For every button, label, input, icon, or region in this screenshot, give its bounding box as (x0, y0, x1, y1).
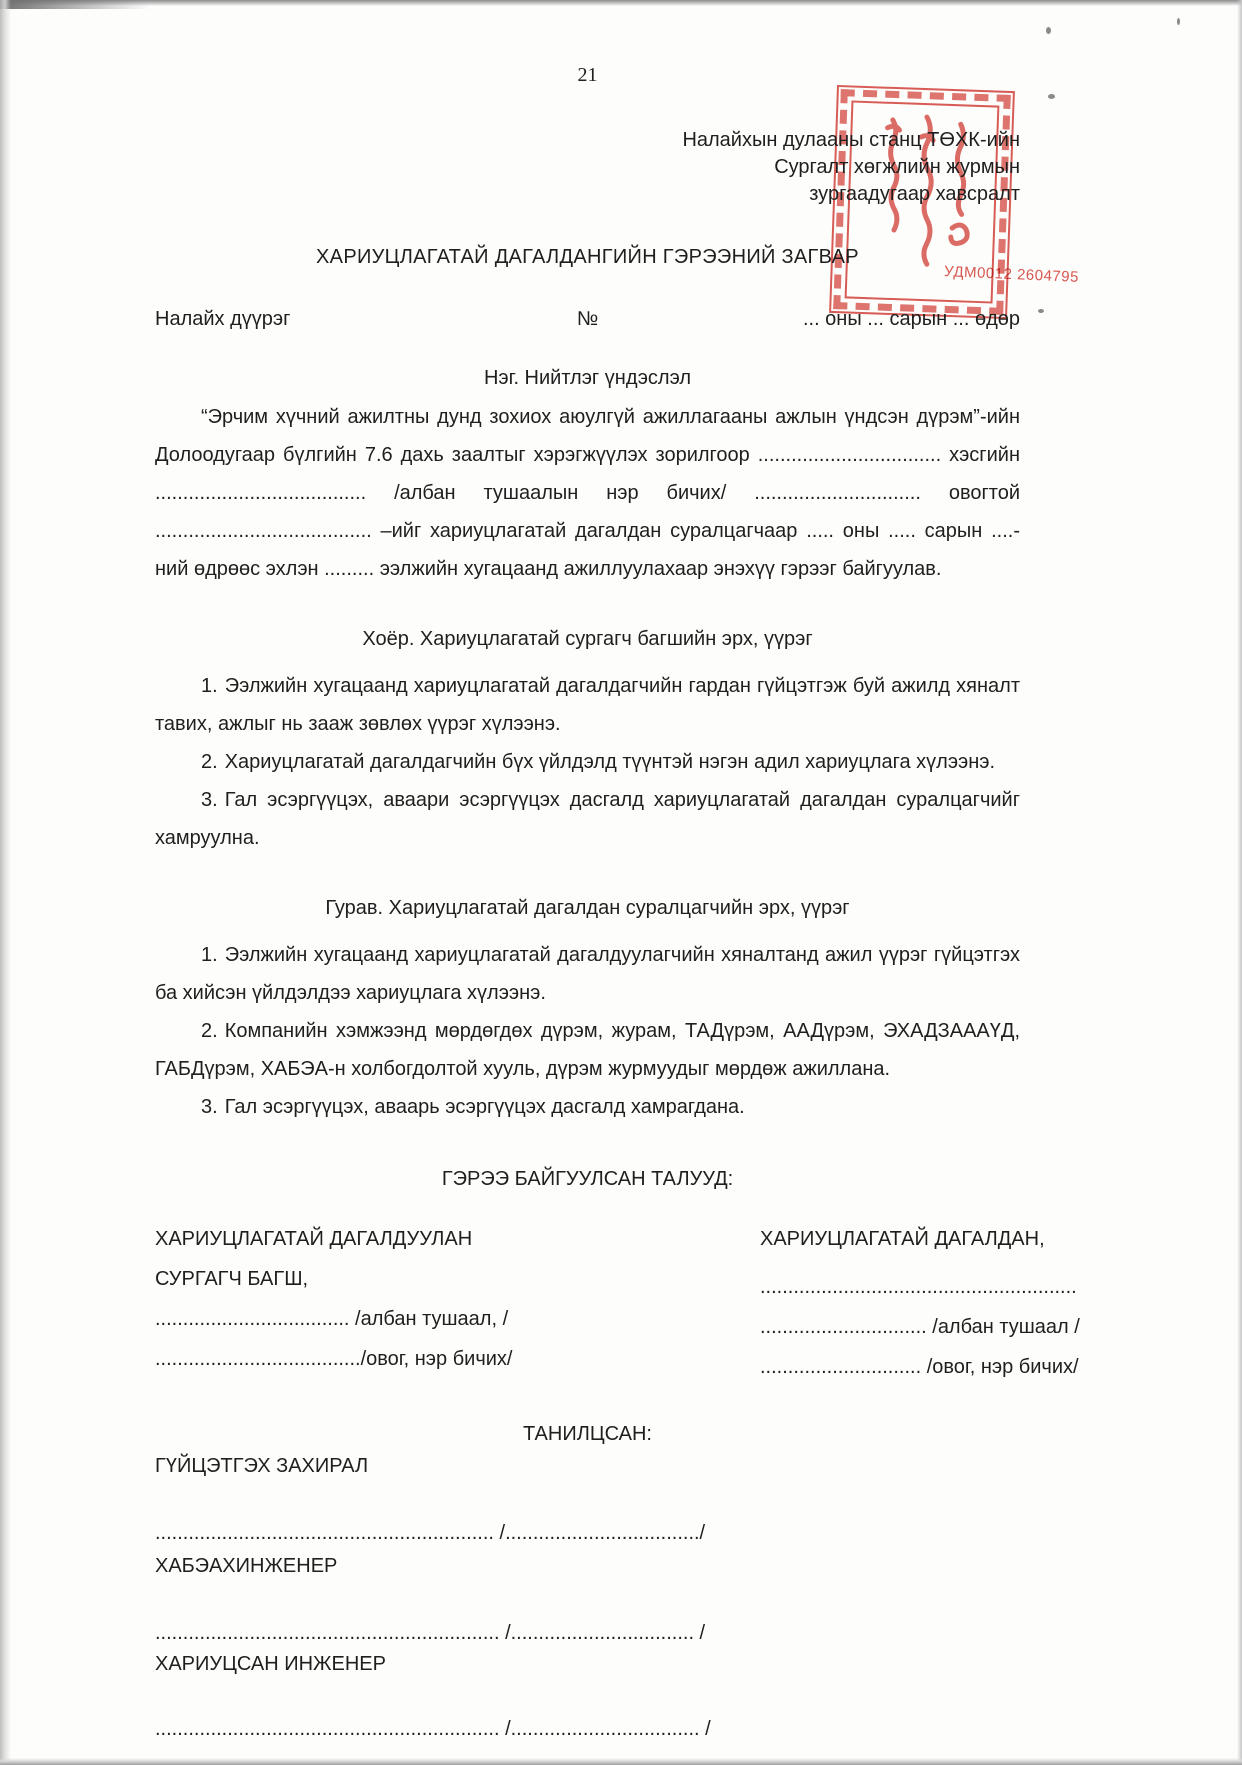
party-trainer-block: ХАРИУЦЛАГАТАЙ ДАГАЛДУУЛАН СУРГАГЧ БАГШ, … (155, 1219, 625, 1379)
document-title: ХАРИУЦЛАГАТАЙ ДАГАЛДАНГИЙН ГЭРЭЭНИЙ ЗАГВ… (155, 246, 1020, 269)
scan-edge-top-left (0, 0, 150, 9)
item-number: 3. (201, 1096, 225, 1118)
item-text: Ээлжийн хугацаанд хариуцлагатай дагалдаг… (155, 675, 1020, 735)
appendix-note-line: Налайхын дулааны станц ТӨХК-ийн (155, 127, 1020, 154)
scan-edge-bottom (0, 1758, 1242, 1765)
signature-blank: ...................................../ов… (155, 1339, 625, 1379)
scan-edge-left (0, 0, 11, 1765)
parties-heading: ГЭРЭЭ БАЙГУУЛСАН ТАЛУУД: (155, 1168, 1020, 1191)
party-line: СУРГАГЧ БАГШ, (155, 1259, 625, 1299)
section-two-items: 1.Ээлжийн хугацаанд хариуцлагатай дагалд… (155, 667, 1020, 857)
document-page: УДМ0012 2604795 21 Налайхын дулааны стан… (0, 0, 1242, 1765)
list-item: 1.Ээлжийн хугацаанд хариуцлагатай дагалд… (155, 936, 1020, 1012)
scan-edge-right (1237, 0, 1242, 1765)
appendix-note-line: зургаадугаар хавсралт (155, 181, 1020, 208)
date-blanks: ... оны ... сарын ... өдөр (598, 308, 1020, 331)
item-text: Гал эсэргүүцэх, аваарь эсэргүүцэх дасгал… (225, 1096, 745, 1118)
meta-row: Налайх дүүрэг № ... оны ... сарын ... өд… (155, 308, 1020, 331)
section-three-items: 1.Ээлжийн хугацаанд хариуцлагатай дагалд… (155, 936, 1020, 1126)
scan-speck (1038, 309, 1044, 313)
district-label: Налайх дүүрэг (155, 308, 577, 331)
item-text: Ээлжийн хугацаанд хариуцлагатай дагалдуу… (155, 944, 1020, 1004)
signature-blank: ........................................… (155, 1620, 1020, 1646)
list-item: 3.Гал эсэргүүцэх, аваари эсэргүүцэх дасг… (155, 781, 1020, 857)
item-text: Компанийн хэмжээнд мөрдөгдөх дүрэм, жура… (155, 1020, 1020, 1080)
item-number: 2. (201, 751, 225, 773)
page-number: 21 (155, 64, 1020, 87)
list-item: 2.Компанийн хэмжээнд мөрдөгдөх дүрэм, жу… (155, 1012, 1020, 1088)
section-three-heading: Гурав. Хариуцлагатай дагалдан суралцагчи… (155, 897, 1020, 920)
section-one-heading: Нэг. Нийтлэг үндэслэл (155, 367, 1020, 390)
scan-speck (1177, 18, 1180, 25)
scan-speck (1048, 94, 1055, 99)
signer-title: ГҮЙЦЭТГЭХ ЗАХИРАЛ (155, 1452, 1020, 1480)
signature-blank: ........................................… (155, 1520, 1020, 1546)
appendix-note: Налайхын дулааны станц ТӨХК-ийн Сургалт … (155, 127, 1020, 208)
item-number: 3. (201, 789, 225, 811)
signature-blank: ........................................… (760, 1267, 1100, 1307)
party-line: ХАРИУЦЛАГАТАЙ ДАГАЛДУУЛАН (155, 1219, 625, 1259)
signature-blank: .............................. /албан ту… (760, 1307, 1100, 1347)
signer-block: ХАБЭАХИНЖЕНЕР ..........................… (155, 1552, 1020, 1646)
parties-columns: ХАРИУЦЛАГАТАЙ ДАГАЛДУУЛАН СУРГАГЧ БАГШ, … (155, 1219, 1020, 1387)
acknowledged-heading: ТАНИЛЦСАН: (155, 1423, 1020, 1446)
section-one-paragraph: “Эрчим хүчний ажилтны дунд зохиох аюулгү… (155, 398, 1020, 588)
scan-speck (1046, 27, 1051, 34)
signature-blank: ................................... /алб… (155, 1299, 625, 1339)
list-item: 2.Хариуцлагатай дагалдагчийн бүх үйлдэлд… (155, 743, 1020, 781)
list-item: 1.Ээлжийн хугацаанд хариуцлагатай дагалд… (155, 667, 1020, 743)
number-sign: № (577, 308, 598, 331)
signer-title: ХАБЭАХИНЖЕНЕР (155, 1552, 1020, 1580)
item-number: 1. (201, 944, 225, 966)
signer-title: ХАРИУЦСАН ИНЖЕНЕР (155, 1650, 1020, 1678)
signature-blank: ............................. /овог, нэр… (760, 1347, 1100, 1387)
item-number: 1. (201, 675, 225, 697)
item-text: Хариуцлагатай дагалдагчийн бүх үйлдэлд т… (225, 751, 995, 773)
section-two-heading: Хоёр. Хариуцлагатай сургагч багшийн эрх,… (155, 628, 1020, 651)
signer-block: ХАРИУЦСАН ИНЖЕНЕР ......................… (155, 1650, 1020, 1742)
signer-block: ГҮЙЦЭТГЭХ ЗАХИРАЛ ......................… (155, 1452, 1020, 1546)
party-apprentice-block: ХАРИУЦЛАГАТАЙ ДАГАЛДАН, ................… (760, 1219, 1100, 1387)
party-line: ХАРИУЦЛАГАТАЙ ДАГАЛДАН, (760, 1219, 1100, 1259)
signature-blank: ........................................… (155, 1716, 1020, 1742)
appendix-note-line: Сургалт хөгжлийн журмын (155, 154, 1020, 181)
item-text: Гал эсэргүүцэх, аваари эсэргүүцэх дасгал… (155, 789, 1020, 849)
item-number: 2. (201, 1020, 225, 1042)
list-item: 3.Гал эсэргүүцэх, аваарь эсэргүүцэх дасг… (155, 1088, 1020, 1126)
document-content: 21 Налайхын дулааны станц ТӨХК-ийн Сурга… (155, 0, 1020, 1742)
